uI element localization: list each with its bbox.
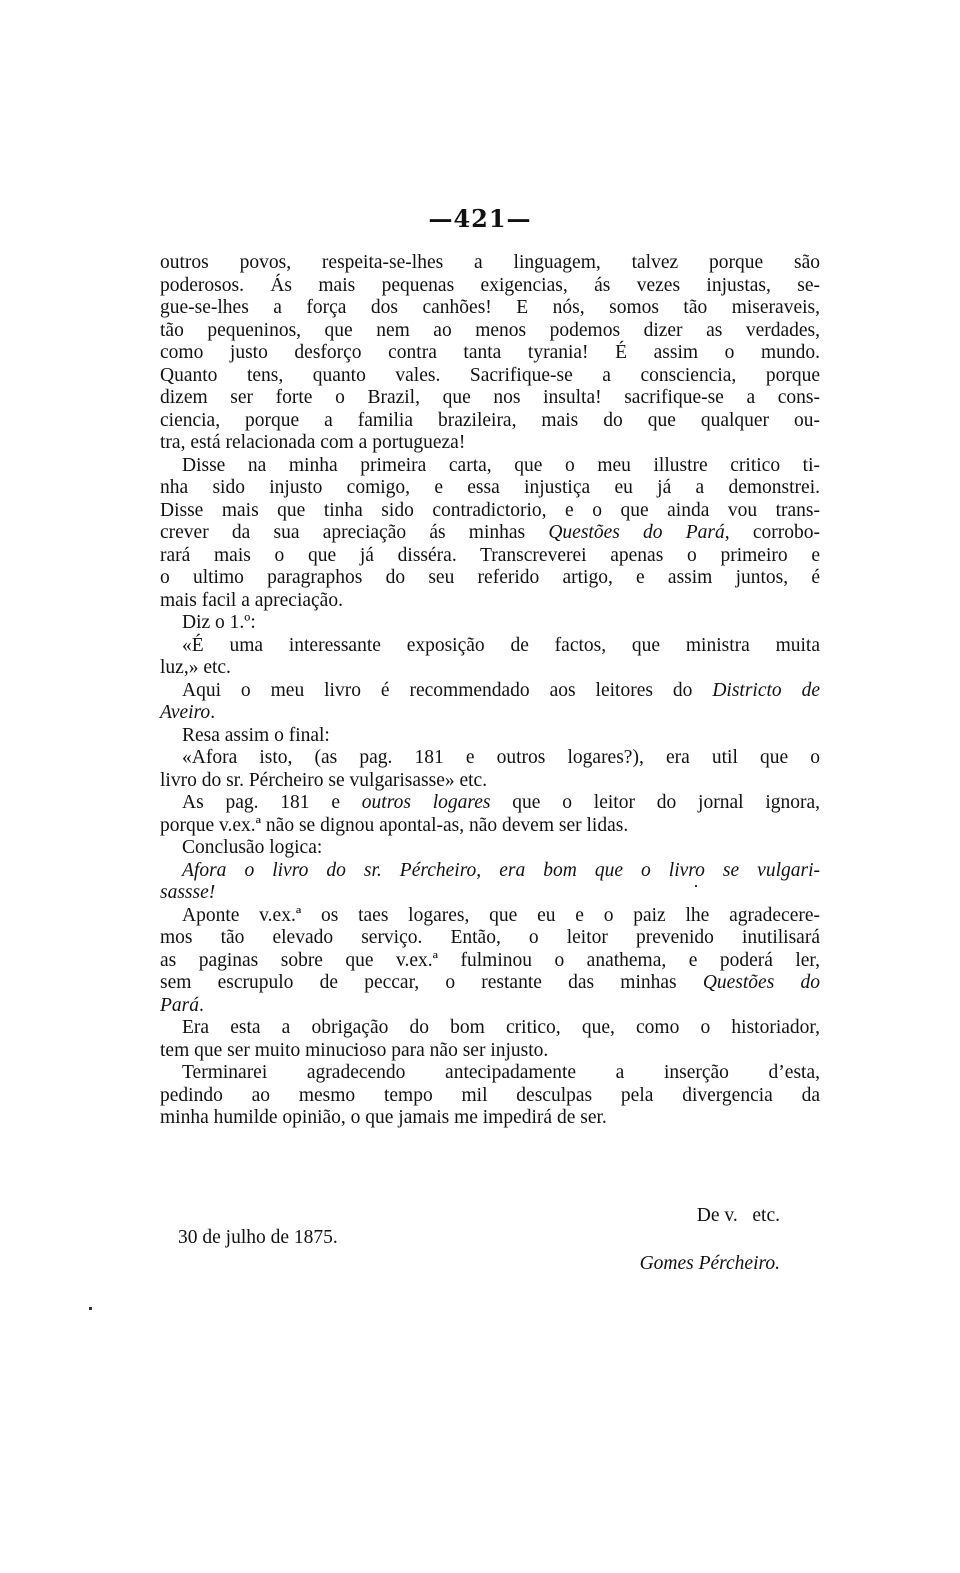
print-speck (695, 885, 697, 887)
text-line: Terminarei agradecendo antecipadamente a… (160, 1062, 820, 1085)
text-line: mos tão elevado serviço. Então, o leitor… (160, 927, 820, 950)
text-line: ciencia, porque a familia brazileira, ma… (160, 410, 820, 433)
text-line: pedindo ao mesmo tempo mil desculpas pel… (160, 1085, 820, 1108)
text-line: gue-se-lhes a força dos canhões! E nós, … (160, 297, 820, 320)
text-line: as paginas sobre que v.ex.ª fulminou o a… (160, 950, 820, 973)
text-line: como justo desforço contra tanta tyrania… (160, 342, 820, 365)
page-number: —421— (0, 204, 960, 233)
text-segment: Aqui o meu livro é recommendado aos leit… (182, 680, 712, 701)
signature-block: De v. etc. 30 de julho de 1875. Gomes Pé… (160, 1195, 820, 1285)
italic-text: Aveiro (160, 702, 210, 723)
letter-date: 30 de julho de 1875. (178, 1227, 338, 1249)
body-text: outros povos, respeita-se-lhes a linguag… (160, 252, 820, 1130)
text-line: outros povos, respeita-se-lhes a linguag… (160, 252, 820, 275)
text-line: dizem ser forte o Brazil, que nos insult… (160, 387, 820, 410)
text-line: Era esta a obrigação do bom critico, que… (160, 1017, 820, 1040)
text-line: Conclusão logica: (160, 837, 820, 860)
text-line: tra, está relacionada com a portugueza! (160, 432, 820, 455)
text-line: Aponte v.ex.ª os taes logares, que eu e … (160, 905, 820, 928)
text-segment: . (199, 995, 204, 1016)
italic-text: Afora o livro do sr. Pércheiro, era bom … (182, 860, 820, 881)
text-line: mais facil a apreciação. (160, 590, 820, 613)
text-line: livro do sr. Pércheiro se vulgarisasse» … (160, 770, 820, 793)
text-line: crever da sua apreciação ás minhas Quest… (160, 522, 820, 545)
text-line: o ultimo paragraphos do seu referido art… (160, 567, 820, 590)
text-segment: sem escrupulo de peccar, o restante das … (160, 972, 703, 993)
print-speck (354, 1047, 356, 1049)
text-segment: que o leitor do jornal ignora, (491, 792, 821, 813)
text-line: «Afora isto, (as pag. 181 e outros logar… (160, 747, 820, 770)
text-line: porque v.ex.ª não se dignou apontal-as, … (160, 815, 820, 838)
text-line: Resa assim o final: (160, 725, 820, 748)
text-segment: , corrobo- (725, 522, 820, 543)
italic-text: sassse! (160, 882, 215, 903)
document-page: —421— outros povos, respeita-se-lhes a l… (0, 0, 960, 1573)
italic-text: Questões do Pará (548, 522, 724, 543)
text-line: minha humilde opinião, o que jamais me i… (160, 1107, 820, 1130)
text-line: Aveiro. (160, 702, 820, 725)
text-line: rará mais o que já disséra. Transcrevere… (160, 545, 820, 568)
italic-text: Districto de (712, 680, 820, 701)
text-line: luz,» etc. (160, 657, 820, 680)
text-line: Aqui o meu livro é recommendado aos leit… (160, 680, 820, 703)
text-segment: . (210, 702, 215, 723)
author-signature: Gomes Pércheiro. (640, 1253, 780, 1275)
text-line: poderosos. Ás mais pequenas exigencias, … (160, 275, 820, 298)
italic-text: Pará (160, 995, 199, 1016)
italic-text: outros logares (362, 792, 491, 813)
text-line: Quanto tens, quanto vales. Sacrifique-se… (160, 365, 820, 388)
text-line: sem escrupulo de peccar, o restante das … (160, 972, 820, 995)
text-line: Disse na minha primeira carta, que o meu… (160, 455, 820, 478)
text-segment: crever da sua apreciação ás minhas (160, 522, 548, 543)
print-speck (89, 1307, 92, 1310)
text-line: sassse! (160, 882, 820, 905)
closing-salutation: De v. etc. (697, 1205, 780, 1227)
text-segment: As pag. 181 e (182, 792, 362, 813)
text-line: Pará. (160, 995, 820, 1018)
text-line: tão pequeninos, que nem ao menos podemos… (160, 320, 820, 343)
text-line: nha sido injusto comigo, e essa injustiç… (160, 477, 820, 500)
text-line: tem que ser muito minucioso para não ser… (160, 1040, 820, 1063)
italic-text: Questões do (703, 972, 820, 993)
text-line: As pag. 181 e outros logares que o leito… (160, 792, 820, 815)
text-line: Disse mais que tinha sido contradictorio… (160, 500, 820, 523)
text-line: «É uma interessante exposição de factos,… (160, 635, 820, 658)
text-line: Diz o 1.º: (160, 612, 820, 635)
text-line: Afora o livro do sr. Pércheiro, era bom … (160, 860, 820, 883)
